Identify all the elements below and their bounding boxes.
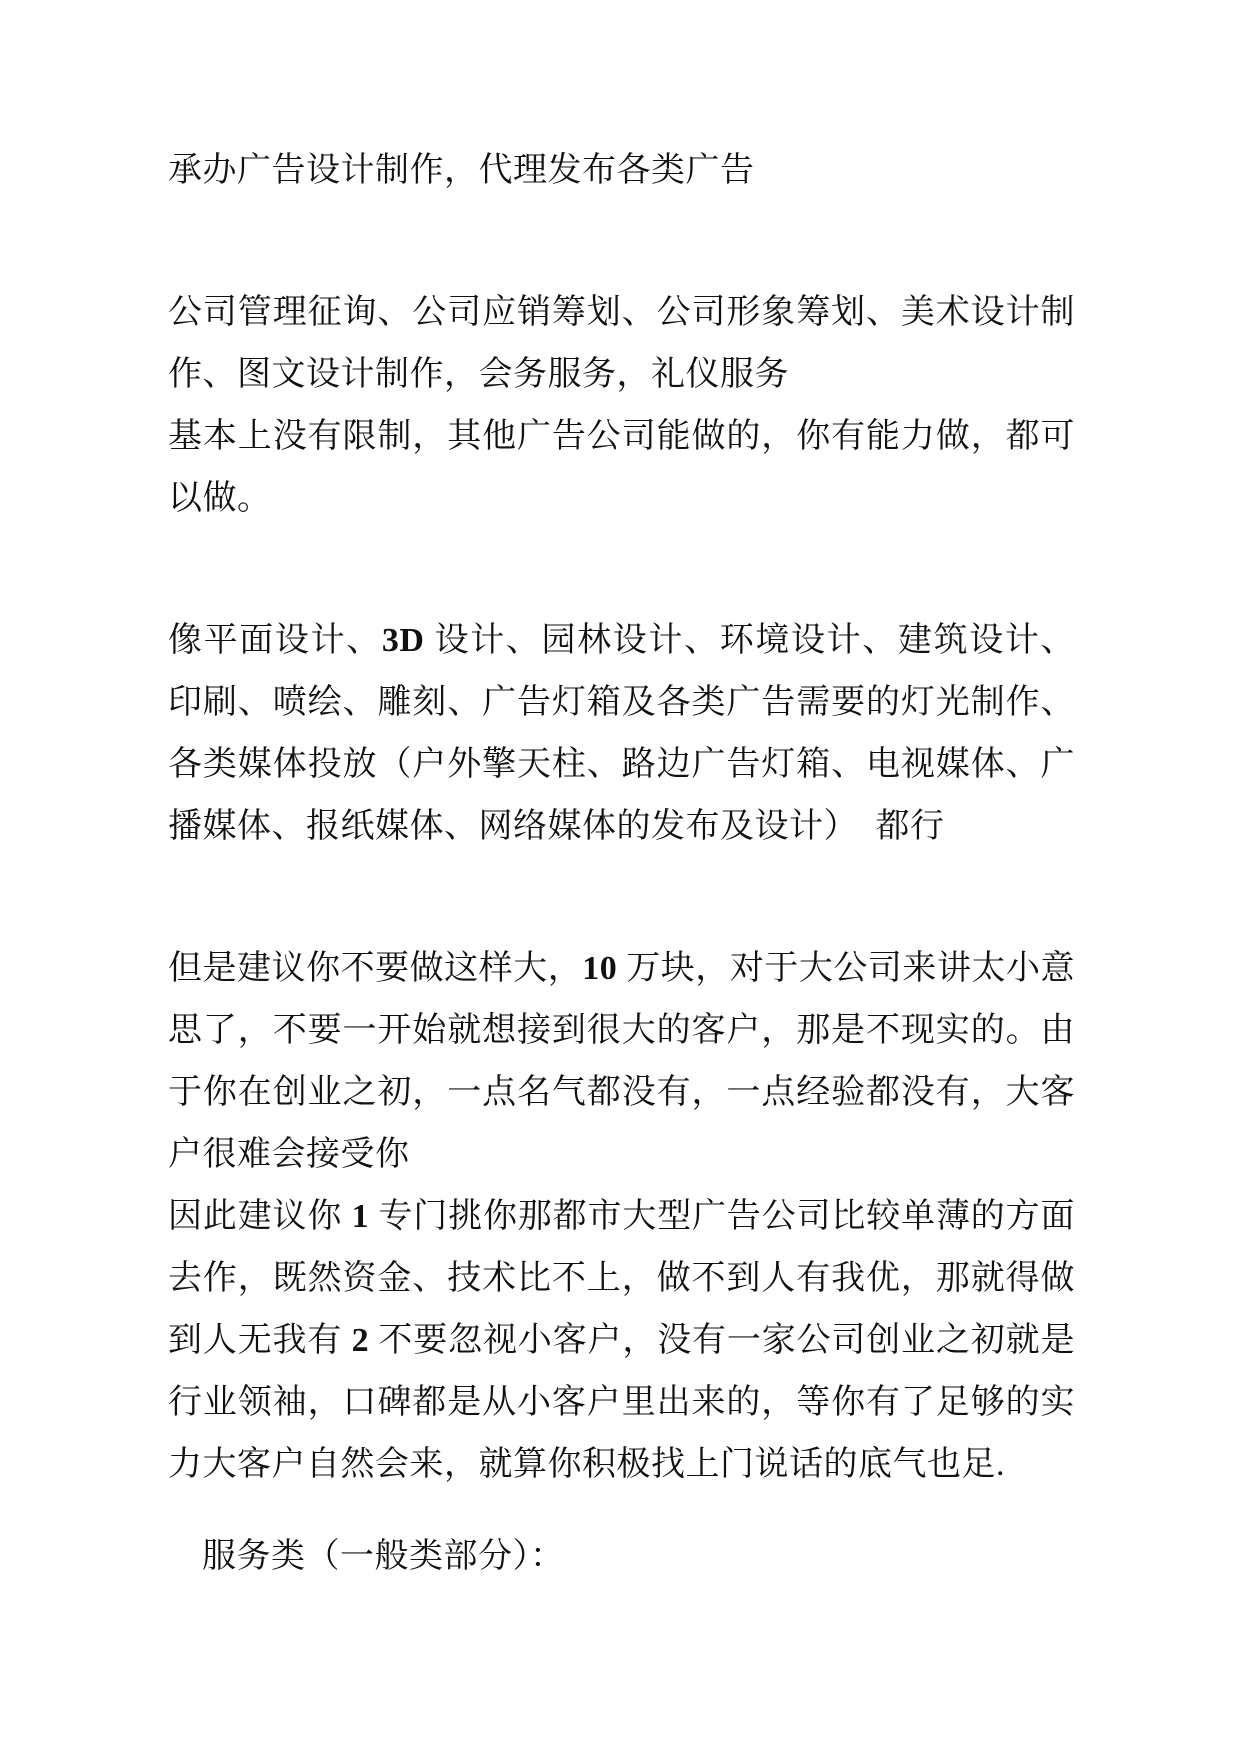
document-body: 承办广告设计制作，代理发布各类广告公司管理征询、公司应销筹划、公司形象筹划、美术… (168, 140, 1075, 1588)
paragraph: 但是建议你不要做这样大，10 万块，对于大公司来讲太小意思了，不要一开始就想接到… (168, 938, 1075, 1186)
paragraph: 公司管理征询、公司应销筹划、公司形象筹划、美术设计制作、图文设计制作，会务服务，… (168, 282, 1075, 406)
blank-line (168, 858, 1075, 938)
paragraph: 像平面设计、3D 设计、园林设计、环境设计、建筑设计、印刷、喷绘、雕刻、广告灯箱… (168, 610, 1075, 858)
bold-text-run: 10 (582, 950, 617, 987)
text-run: 服务类（一般类部分）： (202, 1538, 565, 1575)
bold-text-run: 2 (352, 1322, 370, 1359)
paragraph: 因此建议你 1 专门挑你那都市大型广告公司比较单薄的方面去作，既然资金、技术比不… (168, 1186, 1075, 1496)
text-run: 公司管理征询、公司应销筹划、公司形象筹划、美术设计制作、图文设计制作，会务服务，… (168, 294, 1075, 393)
text-run: 但是建议你不要做这样大， (168, 950, 582, 987)
text-run: 像平面设计、 (168, 622, 382, 659)
document-page: 承办广告设计制作，代理发布各类广告公司管理征询、公司应销筹划、公司形象筹划、美术… (0, 0, 1240, 1753)
blank-line (168, 202, 1075, 282)
text-run: 承办广告设计制作，代理发布各类广告 (168, 152, 755, 189)
bold-text-run: 1 (352, 1198, 370, 1235)
paragraph: 承办广告设计制作，代理发布各类广告 (168, 140, 1075, 202)
paragraph: 服务类（一般类部分）： (168, 1526, 1075, 1588)
text-run: 因此建议你 (168, 1198, 352, 1235)
bold-text-run: 3D (382, 622, 425, 659)
blank-line (168, 530, 1075, 610)
text-run: 基本上没有限制，其他广告公司能做的，你有能力做，都可以做。 (168, 418, 1075, 517)
paragraph: 基本上没有限制，其他广告公司能做的，你有能力做，都可以做。 (168, 406, 1075, 530)
